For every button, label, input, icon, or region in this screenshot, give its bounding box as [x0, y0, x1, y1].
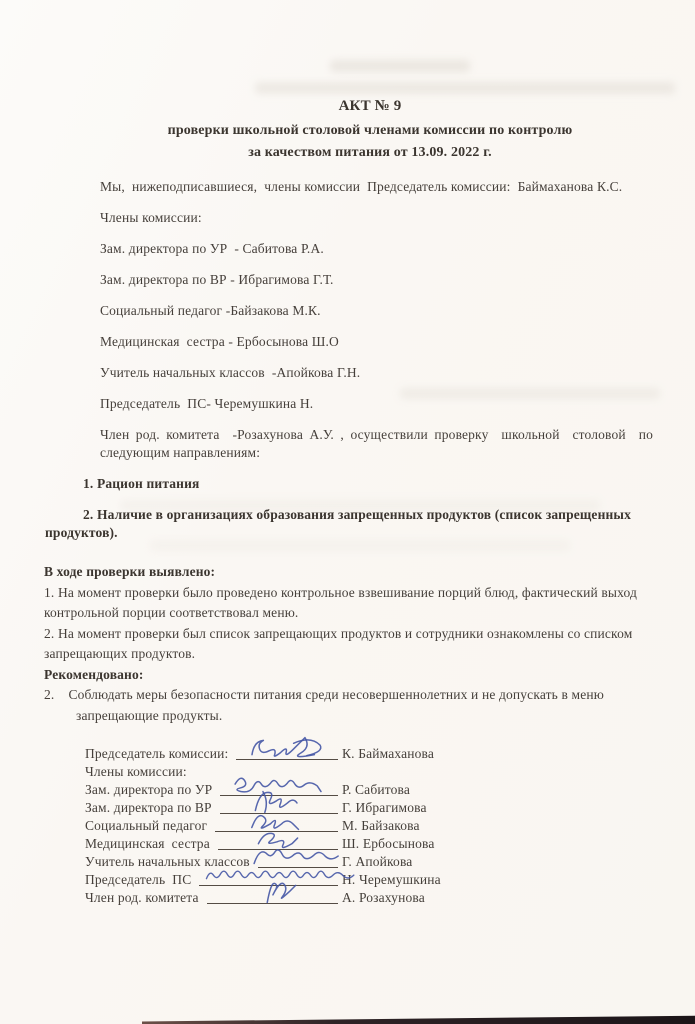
signature-line [236, 759, 338, 760]
signatory-name: Р. Сабитова [342, 781, 480, 798]
recommended-item-number: 2. [44, 687, 54, 702]
signature-ink [220, 877, 324, 907]
signatory-name: М. Байзакова [342, 817, 480, 834]
signatory-name: А. Розахунова [342, 889, 480, 906]
member-line: Зам. директора по ВР - Ибрагимова Г.Т. [100, 271, 653, 289]
signature-role-label: Зам. директора по ВР [85, 799, 212, 816]
document-body: АКТ № 9 проверки школьной столовой члена… [0, 0, 695, 906]
inspection-directions: 1. Рацион питания 2. Наличие в организац… [45, 475, 655, 542]
signatory-name: Ш. Ербосынова [342, 835, 480, 852]
title-subject: проверки школьной столовой членами комис… [90, 120, 650, 142]
member-line: Председатель ПС- Черемушкина Н. [100, 395, 653, 413]
direction-item: 1. Рацион питания [45, 475, 655, 493]
signature-role-label: Председатель комиссии: [85, 745, 228, 762]
signature-role-label: Медицинская сестра [85, 835, 210, 852]
signature-block: Председатель комиссии: К. Баймаханова Чл… [85, 744, 480, 906]
title-act-number: АКТ № 9 [90, 97, 650, 115]
signature-ink [235, 733, 339, 763]
recommended-item-text: Соблюдать меры безопасности питания сред… [68, 687, 607, 723]
recommended-item: 2.Соблюдать меры безопасности питания ср… [44, 685, 653, 726]
signature-row: Член род. комитета А. Розахунова [85, 888, 480, 906]
title-date: за качеством питания от 13.09. 2022 г. [90, 142, 650, 164]
direction-item: 2. Наличие в организациях образования за… [45, 506, 655, 542]
finding-item: 2. На момент проверки был список запреща… [44, 624, 653, 665]
member-line: Медицинская сестра - Ербосынова Ш.О [100, 333, 653, 351]
signature-line [207, 903, 338, 904]
intro-closing: Член род. комитета -Розахунова А.У. , ос… [100, 426, 653, 462]
signature-role-label: Социальный педагог [85, 817, 207, 834]
signatory-name: Г. Ибрагимова [342, 799, 480, 816]
findings-header: В ходе проверки выявлено: [44, 562, 653, 583]
scanned-page: АКТ № 9 проверки школьной столовой члена… [0, 0, 695, 1024]
commission-intro: Мы, нижеподписавшиеся, члены комиссии Пр… [100, 178, 653, 462]
document-title: АКТ № 9 проверки школьной столовой члена… [90, 97, 650, 164]
signature-row: Председатель комиссии: К. Баймаханова [85, 744, 480, 762]
member-line: Социальный педагог -Байзакова М.К. [100, 302, 653, 320]
signatory-name: К. Баймаханова [342, 745, 480, 762]
member-line: Учитель начальных классов -Апойкова Г.Н. [100, 364, 653, 382]
intro-opening: Мы, нижеподписавшиеся, члены комиссии Пр… [100, 178, 653, 196]
member-line: Зам. директора по УР - Сабитова Р.А. [100, 240, 653, 258]
recommended-header: Рекомендовано: [44, 665, 653, 686]
finding-item: 1. На момент проверки было проведено кон… [44, 583, 653, 624]
signature-role-label: Член род. комитета [85, 889, 199, 906]
scan-table-edge [142, 1015, 695, 1024]
signature-role-label: Председатель ПС [85, 871, 191, 888]
findings-section: В ходе проверки выявлено: 1. На момент п… [44, 562, 653, 726]
signature-role-label: Члены комиссии: [85, 763, 187, 780]
members-header: Члены комиссии: [100, 209, 653, 227]
signature-role-label: Зам. директора по УР [85, 781, 212, 798]
